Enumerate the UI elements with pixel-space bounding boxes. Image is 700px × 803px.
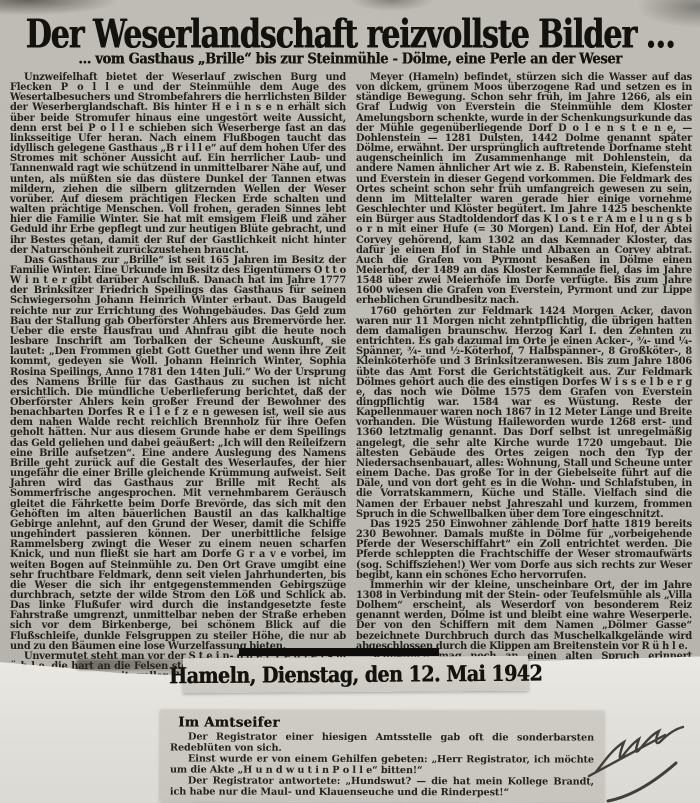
handwritten-mark <box>583 722 700 803</box>
article-paragraph: Meyer (Hameln) befindet, stürzen sich di… <box>356 73 692 307</box>
thick-black-rule <box>239 648 439 656</box>
article-paragraph: Das Gasthaus zur „Brille“ ist seit 165 J… <box>10 256 346 652</box>
article-paragraph: Immerhin wir der kleine, unscheinbare Or… <box>356 581 692 652</box>
right-column: Meyer (Hameln) befindet, stürzen sich di… <box>356 73 692 713</box>
article-paragraph: 1760 gehörten zur Feldmark 1424 Morgen A… <box>356 307 692 520</box>
article-paragraph: Unzweifelhaft bietet der Weserlauf zwisc… <box>10 73 346 256</box>
anecdote-paragraph: Der Registrator einer hiesigen Amtsstell… <box>170 732 594 755</box>
dateline-clipping: Hameln, Dienstag, den 12. Mai 1942 <box>183 656 528 693</box>
anecdote-paragraph: Einst wurde er von einem Gehilfen gebete… <box>170 754 594 777</box>
main-article-clipping: Der Weserlandschaft reizvollste Bilder …… <box>0 0 700 694</box>
dateline-text: Hameln, Dienstag, den 12. Mai 1942 <box>169 661 542 689</box>
left-column: Unzweifelhaft bietet der Weserlauf zwisc… <box>10 73 346 713</box>
subheadline: … vom Gasthaus „Brille“ bis zur Steinmüh… <box>0 51 700 68</box>
scanned-newspaper-page: { "masthead": { "headline": "Der Weserla… <box>0 0 700 803</box>
anecdote-title: Im Amtseifer <box>178 714 594 731</box>
anecdote-clipping: Im Amtseifer Der Registrator einer hiesi… <box>160 709 604 802</box>
article-columns: Unzweifelhaft bietet der Weserlauf zwisc… <box>10 73 692 713</box>
anecdote-paragraph: Der Registrator antwortete: „Hundswut? —… <box>170 776 594 799</box>
article-paragraph: Das 1925 250 Einwohner zählende Dorf hat… <box>356 520 692 581</box>
